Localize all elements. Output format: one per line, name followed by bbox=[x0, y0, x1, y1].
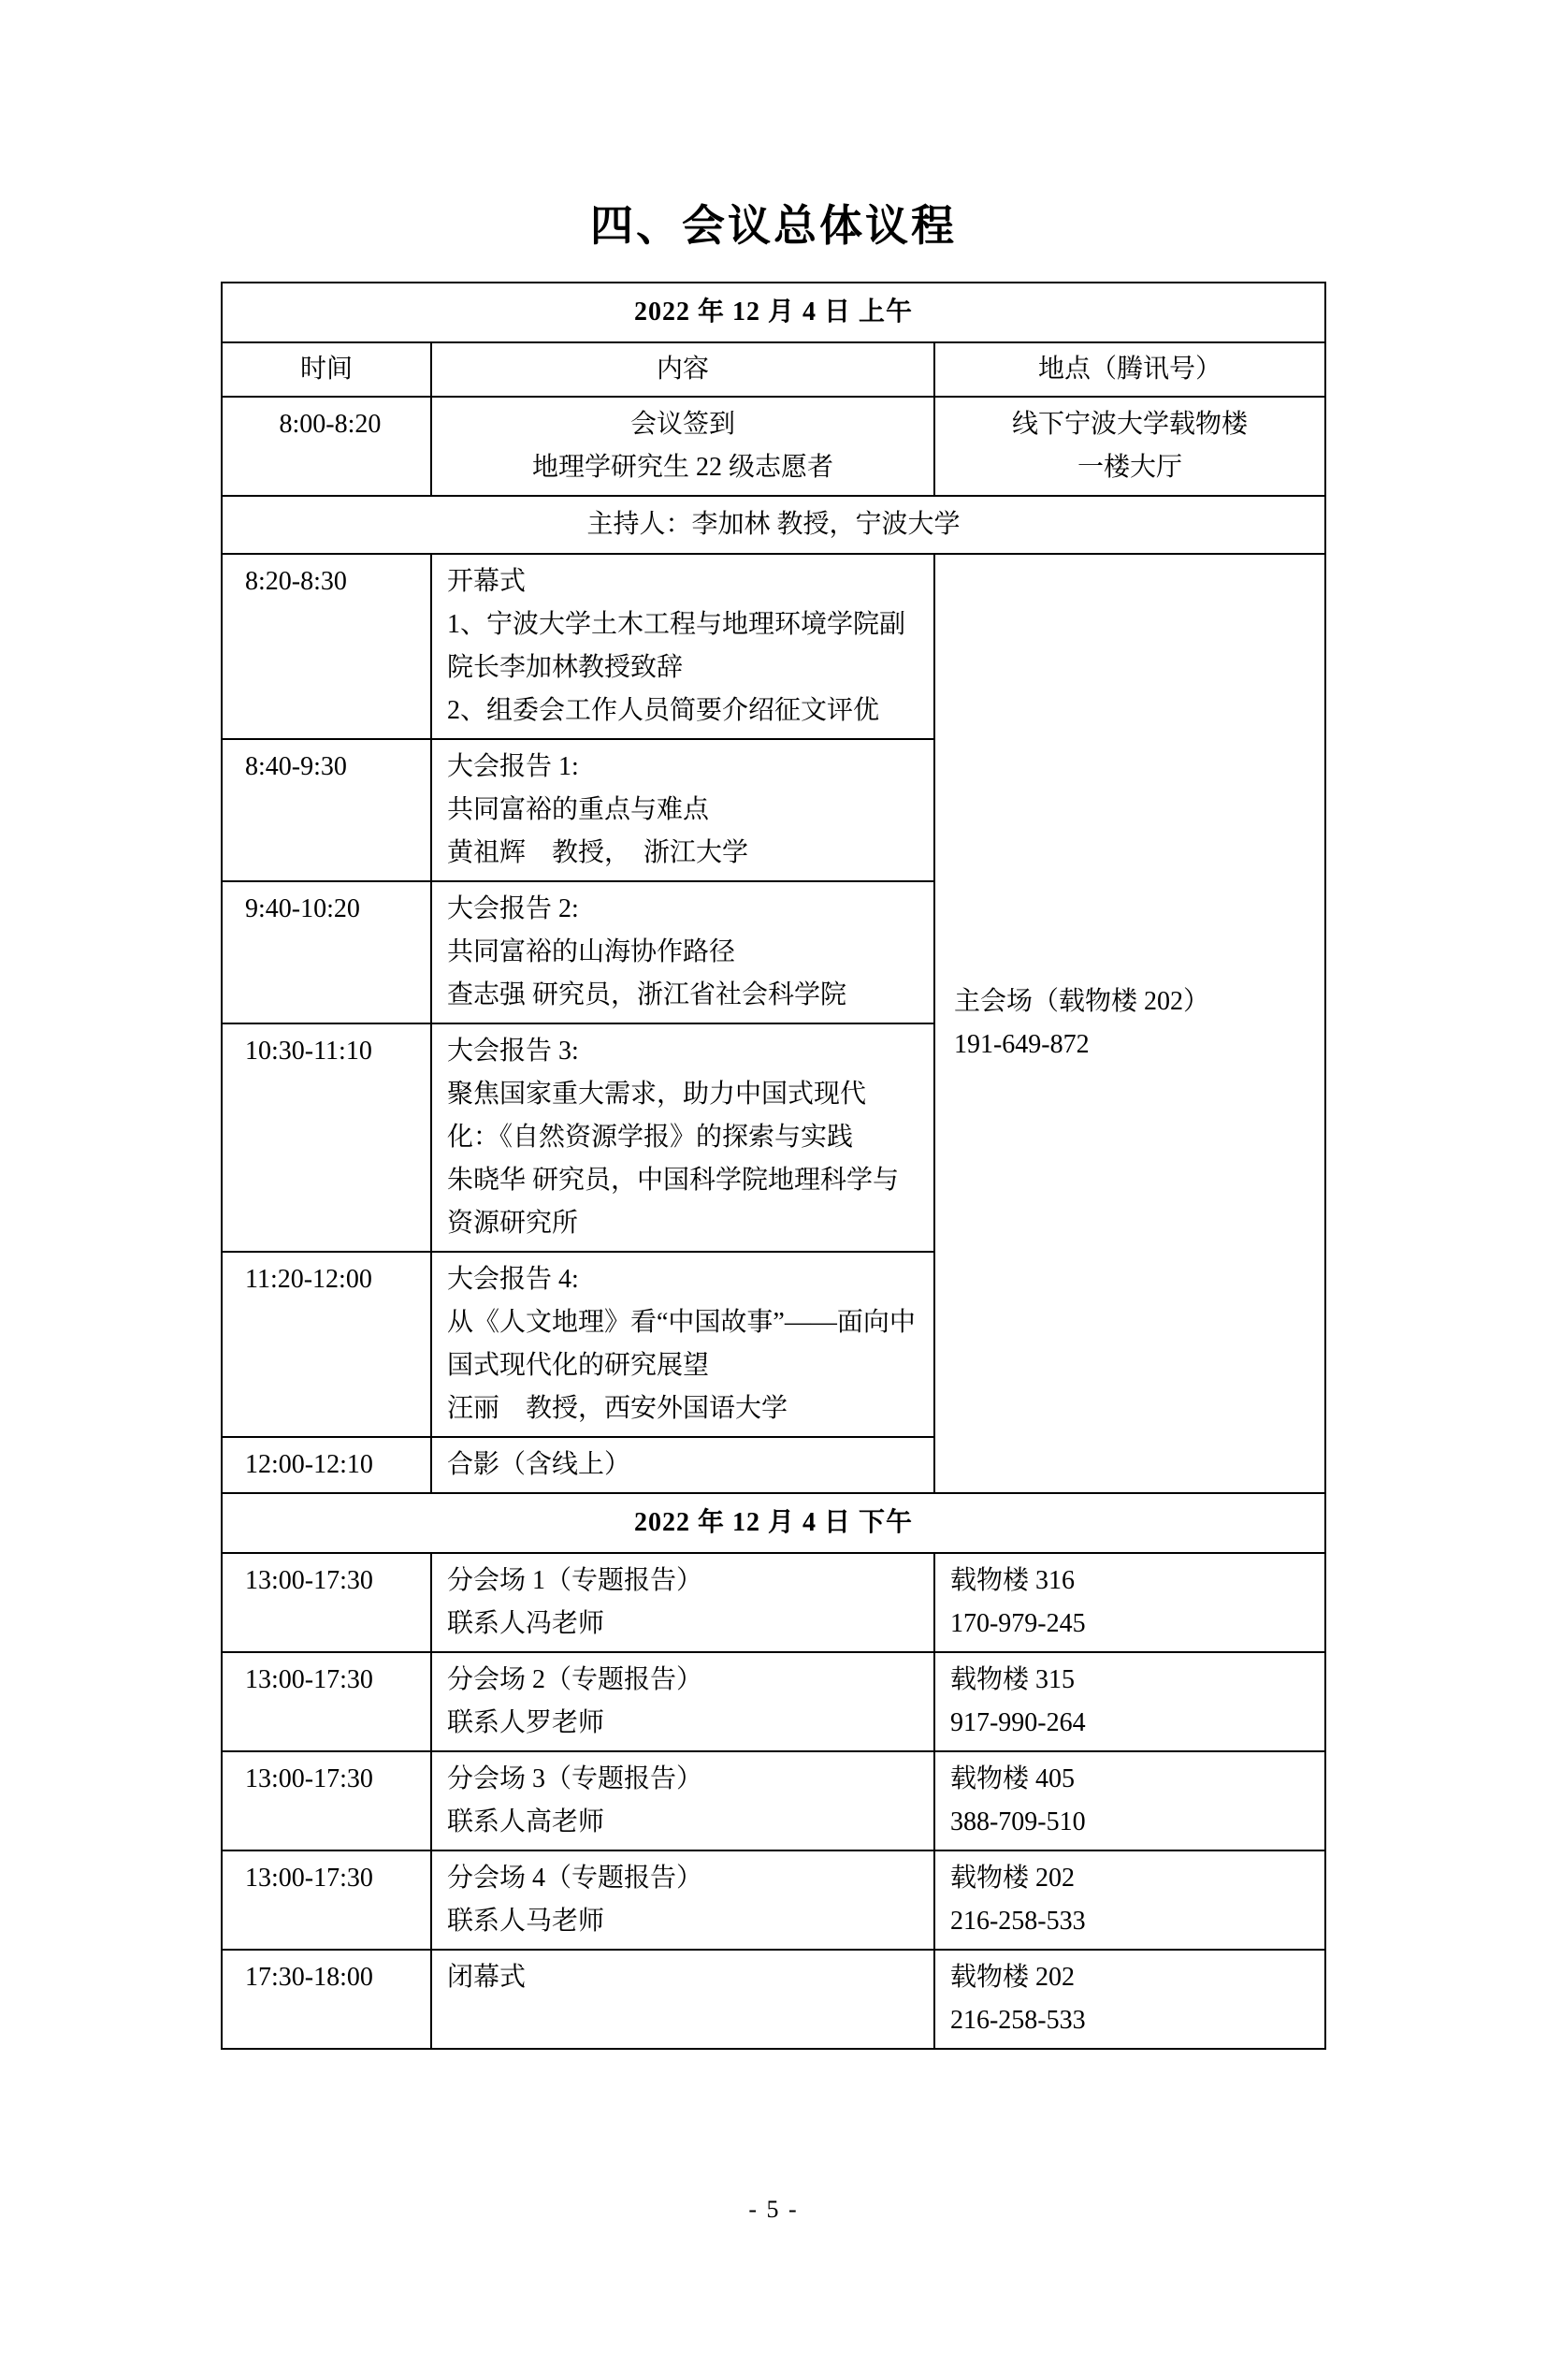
content-line: 分会场 1（专题报告） bbox=[447, 1560, 918, 1603]
content-cell: 分会场 3（专题报告） 联系人高老师 bbox=[431, 1751, 934, 1850]
content-line: 开幕式 bbox=[447, 560, 918, 603]
content-line: 聚焦国家重大需求，助力中国式现代化：《自然资源学报》的探索与实践 bbox=[447, 1073, 918, 1159]
row-breakout-1: 13:00-17:30 分会场 1（专题报告） 联系人冯老师 载物楼 316 1… bbox=[222, 1553, 1325, 1652]
time-cell: 17:30-18:00 bbox=[222, 1950, 431, 2049]
agenda-table: 2022 年 12 月 4 日 上午 时间 内容 地点（腾讯号） 8:00-8:… bbox=[221, 282, 1326, 2050]
content-cell: 大会报告 4: 从《人文地理》看“中国故事”——面向中国式现代化的研究展望 汪丽… bbox=[431, 1252, 934, 1437]
content-line: 共同富裕的山海协作路径 bbox=[447, 931, 918, 974]
content-line: 地理学研究生 22 级志愿者 bbox=[447, 446, 918, 489]
location-line: 载物楼 316 bbox=[950, 1560, 1309, 1603]
session-row-morning: 2022 年 12 月 4 日 上午 bbox=[222, 283, 1325, 342]
content-cell: 闭幕式 bbox=[431, 1950, 934, 2049]
location-line: 216-258-533 bbox=[950, 1999, 1309, 2042]
location-line: 线下宁波大学载物楼 bbox=[950, 403, 1309, 446]
content-line: 大会报告 2: bbox=[447, 888, 918, 931]
column-header-time: 时间 bbox=[222, 342, 431, 397]
content-line: 分会场 2（专题报告） bbox=[447, 1659, 918, 1702]
content-cell: 大会报告 3: 聚焦国家重大需求，助力中国式现代化：《自然资源学报》的探索与实践… bbox=[431, 1023, 934, 1252]
page-title: 四、会议总体议程 bbox=[0, 192, 1547, 254]
time-cell: 13:00-17:30 bbox=[222, 1652, 431, 1751]
content-line: 大会报告 4: bbox=[447, 1258, 918, 1301]
content-line: 从《人文地理》看“中国故事”——面向中国式现代化的研究展望 bbox=[447, 1301, 918, 1387]
location-cell: 载物楼 315 917-990-264 bbox=[934, 1652, 1325, 1751]
content-cell: 分会场 1（专题报告） 联系人冯老师 bbox=[431, 1553, 934, 1652]
time-cell: 8:20-8:30 bbox=[222, 554, 431, 739]
venue-line: 主会场（载物楼 202） bbox=[954, 980, 1309, 1023]
content-cell: 分会场 4（专题报告） 联系人马老师 bbox=[431, 1850, 934, 1950]
content-line: 闭幕式 bbox=[447, 1956, 918, 1999]
main-venue-cell: 主会场（载物楼 202） 191-649-872 bbox=[934, 554, 1325, 1493]
session-header-morning: 2022 年 12 月 4 日 上午 bbox=[222, 283, 1325, 342]
content-line: 共同富裕的重点与难点 bbox=[447, 789, 918, 832]
location-cell: 载物楼 202 216-258-533 bbox=[934, 1850, 1325, 1950]
session-row-afternoon: 2022 年 12 月 4 日 下午 bbox=[222, 1493, 1325, 1553]
content-line: 合影（含线上） bbox=[447, 1444, 918, 1487]
time-cell: 13:00-17:30 bbox=[222, 1751, 431, 1850]
content-line: 汪丽 教授，西安外国语大学 bbox=[447, 1387, 918, 1430]
row-breakout-4: 13:00-17:30 分会场 4（专题报告） 联系人马老师 载物楼 202 2… bbox=[222, 1850, 1325, 1950]
location-line: 载物楼 202 bbox=[950, 1857, 1309, 1900]
column-header-location: 地点（腾讯号） bbox=[934, 342, 1325, 397]
content-line: 查志强 研究员，浙江省社会科学院 bbox=[447, 974, 918, 1017]
session-header-afternoon: 2022 年 12 月 4 日 下午 bbox=[222, 1493, 1325, 1553]
time-cell: 9:40-10:20 bbox=[222, 881, 431, 1023]
time-cell: 8:40-9:30 bbox=[222, 739, 431, 881]
location-line: 载物楼 202 bbox=[950, 1956, 1309, 1999]
content-line: 朱晓华 研究员，中国科学院地理科学与资源研究所 bbox=[447, 1159, 918, 1245]
location-cell: 载物楼 202 216-258-533 bbox=[934, 1950, 1325, 2049]
content-line: 分会场 4（专题报告） bbox=[447, 1857, 918, 1900]
time-cell: 12:00-12:10 bbox=[222, 1437, 431, 1493]
row-breakout-3: 13:00-17:30 分会场 3（专题报告） 联系人高老师 载物楼 405 3… bbox=[222, 1751, 1325, 1850]
venue-line: 191-649-872 bbox=[954, 1023, 1309, 1067]
row-closing: 17:30-18:00 闭幕式 载物楼 202 216-258-533 bbox=[222, 1950, 1325, 2049]
content-line: 联系人高老师 bbox=[447, 1801, 918, 1844]
location-line: 917-990-264 bbox=[950, 1702, 1309, 1745]
content-line: 联系人冯老师 bbox=[447, 1603, 918, 1646]
content-line: 黄祖辉 教授， 浙江大学 bbox=[447, 832, 918, 875]
content-line: 大会报告 3: bbox=[447, 1030, 918, 1073]
column-header-row: 时间 内容 地点（腾讯号） bbox=[222, 342, 1325, 397]
time-cell: 13:00-17:30 bbox=[222, 1553, 431, 1652]
location-line: 一楼大厅 bbox=[950, 446, 1309, 489]
content-cell: 开幕式 1、宁波大学土木工程与地理环境学院副院长李加林教授致辞 2、组委会工作人… bbox=[431, 554, 934, 739]
content-cell: 会议签到 地理学研究生 22 级志愿者 bbox=[431, 397, 934, 496]
column-header-content: 内容 bbox=[431, 342, 934, 397]
content-cell: 分会场 2（专题报告） 联系人罗老师 bbox=[431, 1652, 934, 1751]
page-number: - 5 - bbox=[0, 2196, 1547, 2224]
location-cell: 载物楼 405 388-709-510 bbox=[934, 1751, 1325, 1850]
content-line: 大会报告 1: bbox=[447, 746, 918, 789]
location-cell: 线下宁波大学载物楼 一楼大厅 bbox=[934, 397, 1325, 496]
content-line: 联系人罗老师 bbox=[447, 1702, 918, 1745]
content-cell: 大会报告 1: 共同富裕的重点与难点 黄祖辉 教授， 浙江大学 bbox=[431, 739, 934, 881]
location-line: 170-979-245 bbox=[950, 1603, 1309, 1646]
time-cell: 13:00-17:30 bbox=[222, 1850, 431, 1950]
row-host: 主持人：李加林 教授，宁波大学 bbox=[222, 496, 1325, 554]
host-cell: 主持人：李加林 教授，宁波大学 bbox=[222, 496, 1325, 554]
row-breakout-2: 13:00-17:30 分会场 2（专题报告） 联系人罗老师 载物楼 315 9… bbox=[222, 1652, 1325, 1751]
time-cell: 8:00-8:20 bbox=[222, 397, 431, 496]
content-cell: 合影（含线上） bbox=[431, 1437, 934, 1493]
content-line: 2、组委会工作人员简要介绍征文评优 bbox=[447, 689, 918, 733]
content-cell: 大会报告 2: 共同富裕的山海协作路径 查志强 研究员，浙江省社会科学院 bbox=[431, 881, 934, 1023]
location-line: 216-258-533 bbox=[950, 1900, 1309, 1943]
location-line: 载物楼 315 bbox=[950, 1659, 1309, 1702]
location-line: 388-709-510 bbox=[950, 1801, 1309, 1844]
content-line: 1、宁波大学土木工程与地理环境学院副院长李加林教授致辞 bbox=[447, 603, 918, 689]
content-line: 分会场 3（专题报告） bbox=[447, 1758, 918, 1801]
location-cell: 载物楼 316 170-979-245 bbox=[934, 1553, 1325, 1652]
time-cell: 11:20-12:00 bbox=[222, 1252, 431, 1437]
time-cell: 10:30-11:10 bbox=[222, 1023, 431, 1252]
row-opening: 8:20-8:30 开幕式 1、宁波大学土木工程与地理环境学院副院长李加林教授致… bbox=[222, 554, 1325, 739]
content-line: 会议签到 bbox=[447, 403, 918, 446]
location-line: 载物楼 405 bbox=[950, 1758, 1309, 1801]
content-line: 联系人马老师 bbox=[447, 1900, 918, 1943]
row-signin: 8:00-8:20 会议签到 地理学研究生 22 级志愿者 线下宁波大学载物楼 … bbox=[222, 397, 1325, 496]
